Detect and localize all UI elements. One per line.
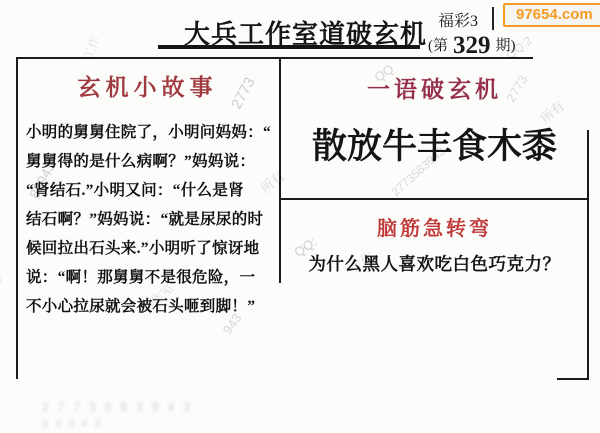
clipped-letter-stroke [492, 7, 494, 30]
frame-bottom-right-border [557, 378, 589, 380]
story-line: 结石啊？”妈妈说：“就是尿尿的时 [26, 205, 278, 234]
issue-number: 329 [453, 32, 491, 59]
brainteaser-panel-header: 脑筋急转弯 [281, 212, 588, 241]
lottery-type-label: 福彩3 [438, 8, 478, 31]
mystery-panel-header: 一语破玄机 [281, 71, 588, 104]
frame-left-border [16, 57, 18, 379]
mystery-phrase: 散放牛丰食木黍 [281, 119, 588, 169]
frame-top-border [16, 57, 533, 59]
issue-prefix: (第 [428, 38, 448, 54]
story-line: 小明的舅舅住院了，小明问妈妈：“ [26, 118, 278, 147]
lottery-sheet: 97654.com 大兵工作室道破玄机 福彩3 (第329期) 玄机小故事 小明… [0, 0, 600, 433]
story-panel-header: 玄机小故事 [16, 69, 279, 102]
story-line: 说：“啊！那舅舅不是很危险，一 [26, 263, 278, 292]
story-line: 不小心拉尿就会被石头咂到脚！” [26, 292, 278, 321]
watermark-text: 大兵工作室 [0, 271, 6, 339]
story-line: 舅舅得的是什么病啊？”妈妈说： [26, 147, 278, 176]
site-badge: 97654.com [503, 3, 600, 27]
issue-suffix: 期) [496, 38, 516, 54]
right-column-divider [279, 198, 588, 200]
story-line: 候回拉出石头来.”小明听了惊讶地 [26, 234, 278, 263]
watermark-smudge: 83943 [42, 418, 108, 430]
issue-label: (第329期) [428, 32, 516, 60]
title-underline [158, 45, 420, 49]
story-text: 小明的舅舅住院了，小明问妈妈：“ 舅舅得的是什么病啊？”妈妈说： “肾结石.”小… [26, 118, 278, 321]
watermark-smudge: 2773583943 [42, 400, 199, 414]
brainteaser-question: 为什么黑人喜欢吃白色巧克力？ [281, 251, 588, 276]
story-line: “肾结石.”小明又问：“什么是肾 [26, 176, 278, 205]
